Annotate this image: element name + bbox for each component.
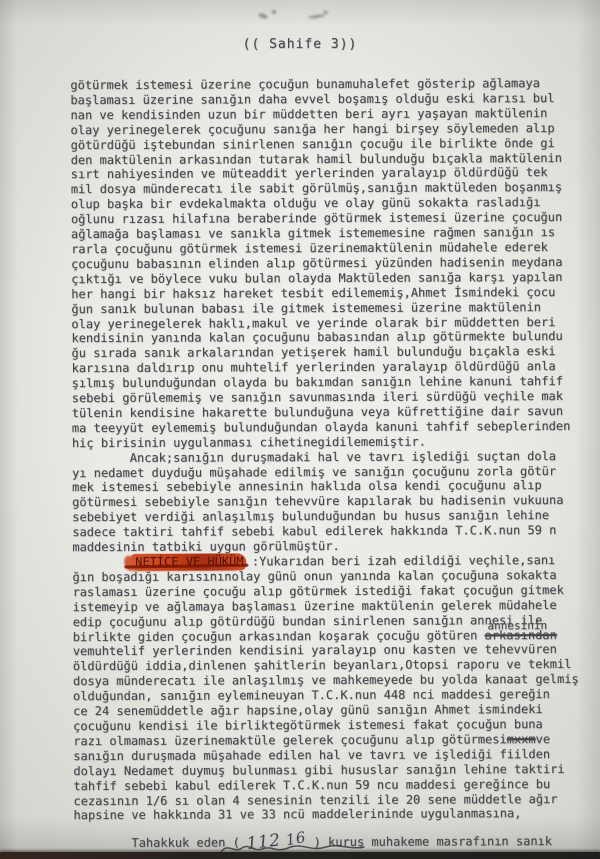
text-segment: sırt nahiyesinden ve müteaddit yerlerind… bbox=[71, 166, 548, 182]
text-segment: birlikte giden çocuğun arkasından koşara… bbox=[73, 628, 485, 644]
text-segment: edip çocuğunu alıp götürdüğü bundan sini… bbox=[73, 613, 543, 629]
text-segment: sebebi görülememiş ve sanığın savunmasın… bbox=[72, 389, 563, 405]
text-segment: hapsine ve hakkında 31 ve 33 ncü maddele… bbox=[74, 807, 522, 823]
page-number-header: (( Sahife 3)) bbox=[0, 37, 600, 52]
text-line: ma teeyyüt eylememiş bulunduğundan olayd… bbox=[72, 419, 596, 436]
text-segment: götürmesi sebebiyle sanığın tehevvüre ka… bbox=[72, 493, 563, 509]
ink-smudge bbox=[272, 10, 276, 14]
text-segment-highlight: NETİCE VE HÜKÜM bbox=[130, 553, 246, 571]
text-segment: şılmış bulunduğundan olayda bu bakımdan … bbox=[72, 374, 563, 390]
text-segment: raslaması üzerine çocuğu alıp götürmek i… bbox=[73, 583, 564, 599]
text-segment: sanığın duruşmada müşahade edilen hal ve… bbox=[73, 747, 550, 763]
text-segment bbox=[72, 555, 130, 569]
ink-smudge bbox=[258, 12, 269, 19]
scan-bottom-edge bbox=[0, 852, 600, 859]
text-segment: cezasının 1/6 sı olan 4 senesinin tenzil… bbox=[73, 792, 557, 808]
text-segment: her hangi bir haksız hareket tesbit edil… bbox=[71, 285, 555, 301]
text-segment: olay yerinegelerek çocuğunu sanığa her h… bbox=[71, 121, 555, 137]
text-segment: nan ve kendisinden uzun bir müddetten be… bbox=[70, 106, 547, 122]
text-segment: tülenin kendisine hakarette bulunduğuna … bbox=[72, 404, 563, 420]
text-segment: Ancak;sanığın duruşmadaki hal ve tavrı i… bbox=[72, 449, 556, 465]
text-segment: götürmek istemesi üzerine çocuğun bunamu… bbox=[70, 76, 540, 92]
text-segment: öldürdüğü iddia,dinlenen şahitlerin beya… bbox=[73, 657, 572, 673]
text-segment: ve bbox=[536, 732, 551, 746]
text-segment: den maktülenin arkasından tutarak hamil … bbox=[71, 151, 562, 167]
text-segment: razı olmaması üzerinemaktüle gelerek çoc… bbox=[73, 732, 507, 748]
text-segment: karısına daldırıp onu muhtelif yerlerind… bbox=[72, 359, 556, 375]
document-lines: götürmek istemesi üzerine çocuğun bunamu… bbox=[70, 76, 597, 851]
text-segment-strike: mxxm bbox=[507, 732, 536, 746]
text-segment: oğlunu rızası hilafına beraberinde götür… bbox=[71, 210, 562, 226]
text-segment: olay yerinegelerek haklı,makul ve yerind… bbox=[71, 315, 555, 331]
text-line: hapsine ve hakkında 31 ve 33 ncü maddele… bbox=[74, 806, 598, 823]
text-segment: olduğundan, sanığın eylemineuyan T.C.K.n… bbox=[73, 687, 550, 703]
ink-smudge bbox=[308, 14, 325, 19]
text-segment: mil dosya münderecatı ile sabit görülmüş… bbox=[71, 180, 562, 196]
text-segment: dosya münderecatı ile anlaşılmış ve mahk… bbox=[73, 672, 579, 688]
text-segment: ma teeyyüt eylememiş bulunduğundan olayd… bbox=[72, 419, 571, 435]
text-segment: ğun sanık bulunan babası ile gitmek iste… bbox=[71, 300, 541, 316]
text-segment: hiç birisinin uygulanması cihetinegidile… bbox=[72, 434, 426, 450]
scanned-court-document-page: (( Sahife 3)) götürmek istemesi üzerine … bbox=[0, 0, 600, 859]
text-segment: çocuğunu kendisi ile birliktegötürmek is… bbox=[73, 717, 543, 733]
text-segment: :Yukarıdan beri izah edildiği veçhile,sa… bbox=[245, 553, 556, 568]
text-segment: maddesinin tatbiki uygun görülmüştür. bbox=[72, 539, 339, 554]
text-segment: dolayı Nedamet duymuş bulunması gibi hus… bbox=[73, 762, 564, 778]
text-line: sadece taktiri tahfif sebebi kabul edile… bbox=[72, 523, 596, 540]
text-segment: istemeyip ve ağlamaya başlaması üzerine … bbox=[73, 598, 557, 614]
text-segment: sebebiyet verdiği anlaşılmış bulunduğund… bbox=[72, 508, 549, 524]
text-segment: rarla çocuğunu götürmek istemesi üzerine… bbox=[71, 240, 548, 256]
text-segment: çocuğunu babasının elinden alıp götürmes… bbox=[71, 255, 562, 271]
text-segment: götürdüğü iştebundan sinirlenen sanığın … bbox=[71, 136, 555, 152]
text-segment: sadece taktiri tahfif sebebi kabul edile… bbox=[72, 523, 556, 539]
typed-insertion-above-line: annesinin bbox=[487, 619, 547, 634]
text-segment-strike: arkasındanannesinin bbox=[485, 628, 557, 642]
text-segment: vemuhtelif yerlerinden kendisini yaralay… bbox=[73, 642, 557, 658]
text-segment: kendisinin yanında kalan çocuğunu babası… bbox=[71, 329, 562, 345]
text-segment: ağlamağa başlaması ve sanıkla gitmek ist… bbox=[71, 225, 555, 241]
text-segment: olup başka bir evdekalmakta olduğu ve ol… bbox=[71, 195, 541, 211]
text-segment: mek istemesi sebebiyle annesinin haklıda… bbox=[72, 479, 542, 495]
ink-smudge bbox=[323, 11, 328, 14]
text-segment: tahfif sebebi kabul edilerek T.C.K.nun 5… bbox=[73, 777, 550, 793]
text-segment: ce 24 senemüddetle ağır hapsine,olay gün… bbox=[73, 702, 543, 718]
text-segment: başlaması üzerine sanığın daha evvel boş… bbox=[70, 91, 554, 107]
text-segment: ğu sırada sanık arkalarından yetişerek h… bbox=[71, 344, 555, 360]
text-segment: çıktığı ve böylece vuku bulan olayda Mak… bbox=[71, 270, 562, 286]
text-segment: yı nedamet duyduğu müşahade edilmiş ve s… bbox=[72, 464, 556, 480]
